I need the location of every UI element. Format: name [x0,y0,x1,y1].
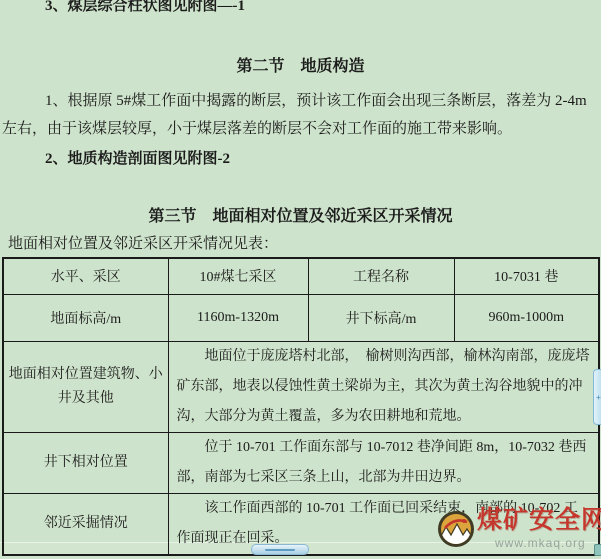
site-watermark: 煤矿安全网 www.mkaq.org [437,506,601,554]
surface-position-text: 地面位于庞庞塔村北部， 榆树则沟西部，榆林沟南部，庞庞塔矿东部，地表以侵蚀性黄土… [169,342,599,432]
cell-underground-elevation-label: 井下标高/m [308,294,454,341]
watermark-site-name: 煤矿安全网 [477,506,601,536]
table-intro-text: 地面相对位置及邻近采区开采情况见表： [0,236,601,252]
cell-underground-position-content: 位于 10-701 工作面东部与 10-7012 巷净间距 8m，10-7032… [168,432,599,493]
underground-position-text: 位于 10-701 工作面东部与 10-7012 巷净间距 8m，10-7032… [169,433,599,493]
section2-heading: 第二节 地质构造 [0,57,601,77]
cell-underground-position-label: 井下相对位置 [3,432,168,493]
table-row: 地面相对位置建筑物、小井及其他 地面位于庞庞塔村北部， 榆树则沟西部，榆林沟南部… [3,341,599,432]
cell-level-district-label: 水平、采区 [3,258,168,294]
cell-underground-elevation-value: 960m-1000m [454,294,599,341]
mine-safety-logo-icon [437,510,475,548]
vertical-scroll-thumb[interactable]: + [593,369,601,425]
cell-adjacent-mining-label: 邻近采掘情况 [3,493,168,555]
cell-level-district-value: 10#煤七采区 [168,258,308,294]
cell-surface-position-content: 地面位于庞庞塔村北部， 榆树则沟西部，榆林沟南部，庞庞塔矿东部，地表以侵蚀性黄土… [168,341,599,432]
cell-surface-elevation-label: 地面标高/m [3,294,168,341]
table-row: 井下相对位置 位于 10-701 工作面东部与 10-7012 巷净间距 8m，… [3,432,599,493]
slider-grip-icon: + [596,395,601,400]
cell-project-name-label: 工程名称 [308,258,454,294]
cell-surface-elevation-value: 1160m-1320m [168,294,308,341]
cell-project-name-value: 10-7031 巷 [454,258,599,294]
table-row: 水平、采区 10#煤七采区 工程名称 10-7031 巷 [3,258,599,294]
list-item-geology-profile: 2、地质构造剖面图见附图-2 [0,149,601,169]
horizontal-scroll-thumb[interactable] [251,544,309,555]
document-page: 3、煤层综合柱状图见附图—-1 第二节 地质构造 1、根据原 5#煤工作面中揭露… [0,0,601,555]
slider-bar-icon [265,549,295,551]
section2-paragraph-line1: 1、根据原 5#煤工作面中揭露的断层，预计该工作面会出现三条断层，落差为 2-4… [0,87,601,115]
cell-surface-position-label: 地面相对位置建筑物、小井及其他 [3,341,168,432]
section3-heading: 第三节 地面相对位置及邻近采区开采情况 [0,207,601,227]
list-item-coal-column-chart: 3、煤层综合柱状图见附图—-1 [0,0,601,16]
section2-paragraph-line2: 左右，由于该煤层较厚，小于煤层落差的断层不会对工作面的施工带来影响。 [0,115,601,143]
corner-fragment-icon [594,544,601,556]
table-row: 地面标高/m 1160m-1320m 井下标高/m 960m-1000m [3,294,599,341]
watermark-site-url: www.mkaq.org [495,536,586,550]
